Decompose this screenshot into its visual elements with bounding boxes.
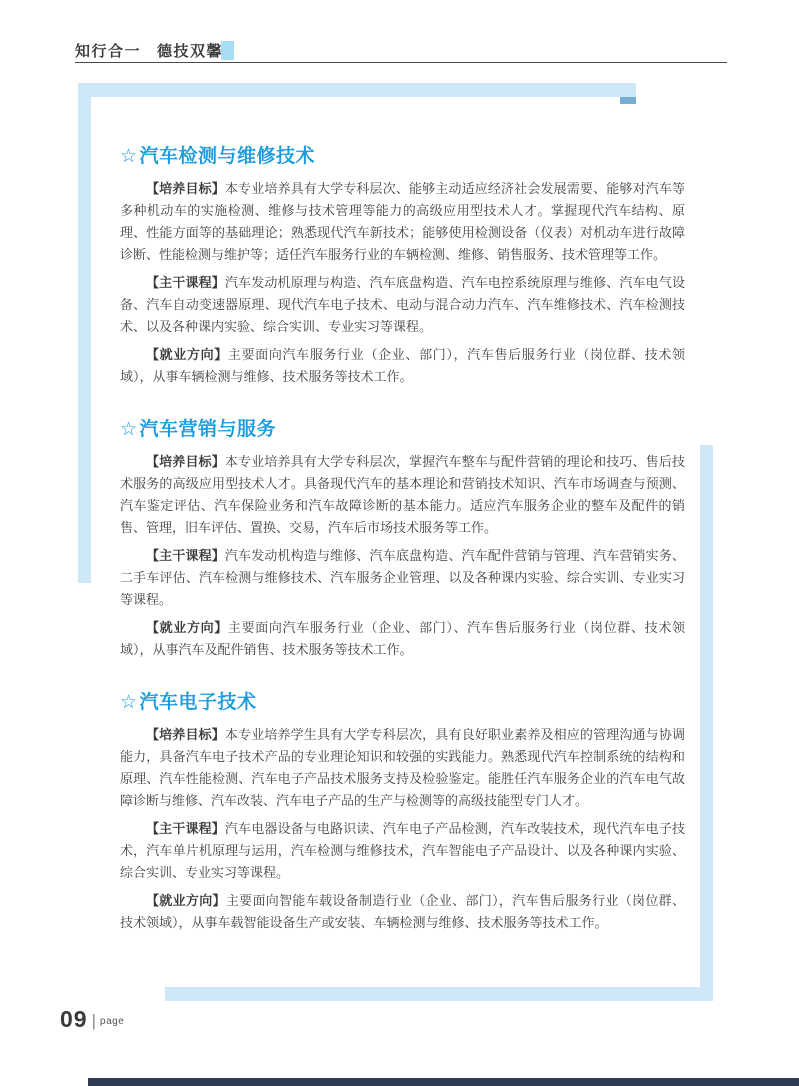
paragraph-label: 【培养目标】 <box>146 181 225 196</box>
star-icon: ☆ <box>120 419 138 440</box>
decor-bar-top <box>78 83 636 97</box>
paragraph-courses: 【主干课程】汽车发动机构造与维修、汽车底盘构造、汽车配件营销与管理、汽车营销实务… <box>120 545 685 611</box>
section-title-text: 汽车营销与服务 <box>140 419 277 440</box>
paragraph-label: 【主干课程】 <box>146 275 225 290</box>
paragraph-label: 【就业方向】 <box>146 620 228 635</box>
decor-bar-bottom <box>165 987 713 1001</box>
section-title-text: 汽车电子技术 <box>140 692 257 713</box>
section-title: ☆汽车电子技术 <box>120 691 685 714</box>
paragraph-courses: 【主干课程】汽车发动机原理与构造、汽车底盘构造、汽车电控系统原理与维修、汽车电气… <box>120 272 685 338</box>
paragraph-label: 【培养目标】 <box>146 454 225 469</box>
section-auto-inspection-maintenance: ☆汽车检测与维修技术 【培养目标】本专业培养具有大学专科层次、能够主动适应经济社… <box>120 145 685 388</box>
paragraph-label: 【主干课程】 <box>146 548 225 563</box>
paragraph-careers: 【就业方向】主要面向智能车载设备制造行业（企业、部门），汽车售后服务行业（岗位群… <box>120 890 685 934</box>
header-rule <box>75 62 727 63</box>
page-number: 09 <box>60 1008 88 1030</box>
section-title-text: 汽车检测与维修技术 <box>140 146 316 167</box>
section-auto-marketing-service: ☆汽车营销与服务 【培养目标】本专业培养具有大学专科层次，掌握汽车整车与配件营销… <box>120 418 685 661</box>
page-footer: 09 | page <box>60 1008 124 1030</box>
paragraph-objectives: 【培养目标】本专业培养学生具有大学专科层次，具有良好职业素养及相应的管理沟通与协… <box>120 724 685 812</box>
paragraph-label: 【就业方向】 <box>146 347 228 362</box>
section-title: ☆汽车检测与维修技术 <box>120 145 685 168</box>
header-accent-square <box>221 41 234 60</box>
paragraph-label: 【主干课程】 <box>146 821 225 836</box>
main-content: ☆汽车检测与维修技术 【培养目标】本专业培养具有大学专科层次、能够主动适应经济社… <box>120 145 685 940</box>
decor-bar-accent <box>620 97 636 104</box>
section-title: ☆汽车营销与服务 <box>120 418 685 441</box>
decor-bar-left <box>78 83 91 583</box>
motto-right: 德技双馨 <box>157 43 223 60</box>
section-auto-electronics: ☆汽车电子技术 【培养目标】本专业培养学生具有大学专科层次，具有良好职业素养及相… <box>120 691 685 934</box>
page-label: page <box>100 1016 124 1028</box>
paragraph-objectives: 【培养目标】本专业培养具有大学专科层次、能够主动适应经济社会发展需要、能够对汽车… <box>120 178 685 266</box>
decor-bar-right <box>700 445 713 1001</box>
motto-left: 知行合一 <box>75 43 141 60</box>
paragraph-careers: 【就业方向】主要面向汽车服务行业（企业、部门）、汽车售后服务行业（岗位群、技术领… <box>120 617 685 661</box>
page-number-divider: | <box>92 1013 96 1029</box>
paragraph-courses: 【主干课程】汽车电器设备与电路识读、汽车电子产品检测，汽车改装技术，现代汽车电子… <box>120 818 685 884</box>
catalog-page: 知行合一德技双馨 ☆汽车检测与维修技术 【培养目标】本专业培养具有大学专科层次、… <box>0 0 799 1086</box>
paragraph-label: 【培养目标】 <box>146 727 225 742</box>
decor-navy-strip <box>88 1078 799 1086</box>
star-icon: ☆ <box>120 146 138 167</box>
star-icon: ☆ <box>120 692 138 713</box>
paragraph-objectives: 【培养目标】本专业培养具有大学专科层次，掌握汽车整车与配件营销的理论和技巧、售后… <box>120 451 685 539</box>
paragraph-label: 【就业方向】 <box>146 893 226 908</box>
paragraph-careers: 【就业方向】主要面向汽车服务行业（企业、部门），汽车售后服务行业（岗位群、技术领… <box>120 344 685 388</box>
header-motto: 知行合一德技双馨 <box>75 40 223 61</box>
